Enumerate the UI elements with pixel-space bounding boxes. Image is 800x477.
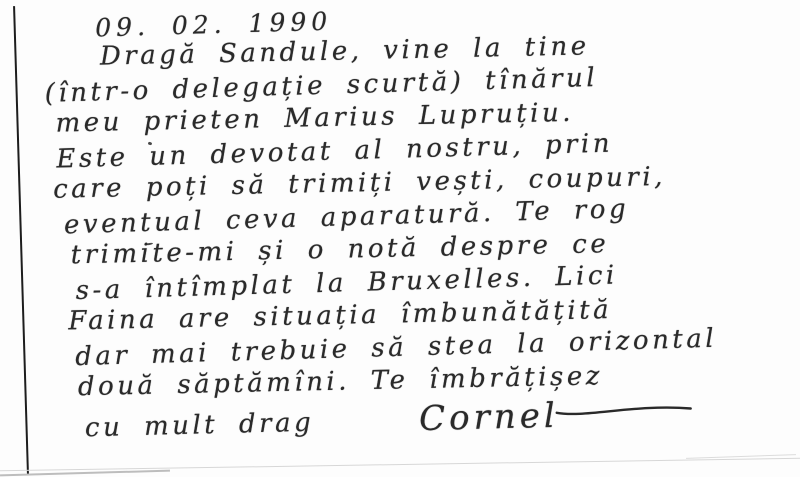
signature: Cornel [419,396,560,439]
signature-block: Cornel [419,392,696,439]
scanned-postcard: 09. 02. 1990 Dragă Sandule, vine la tine… [0,0,800,477]
paper-edge-left [13,6,29,474]
closing-phrase: cu mult drag [85,408,315,444]
letter-body: 09. 02. 1990 Dragă Sandule, vine la tine… [43,0,800,446]
scan-edge-bottom [0,458,800,472]
signature-flourish [554,399,694,420]
